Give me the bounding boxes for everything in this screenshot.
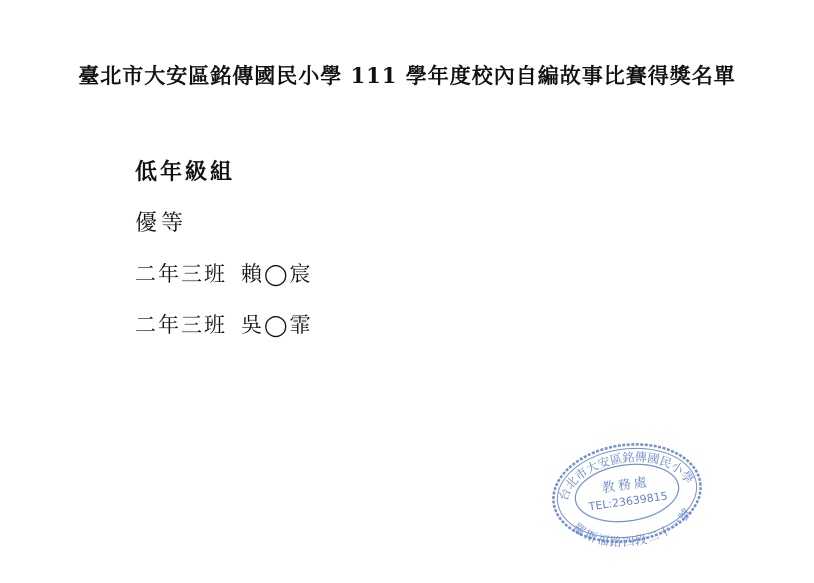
winner-row: 二年三班賴◯宸 (135, 258, 313, 291)
winner-name: 吳◯霏 (241, 309, 313, 342)
winner-class: 二年三班 (135, 258, 227, 291)
winner-row: 二年三班吳◯霏 (135, 309, 313, 342)
svg-text:羅斯福路四段二十一號: 羅斯福路四段二十一號 (569, 504, 698, 549)
document-title: 臺北市大安區銘傳國民小學 111 學年度校內自編故事比賽得獎名單 (0, 60, 814, 90)
seal-tel: TEL:23639815 (587, 489, 669, 513)
award-section: 低年級組 優等 二年三班賴◯宸 二年三班吳◯霏 (135, 156, 313, 360)
winner-class: 二年三班 (135, 309, 227, 342)
award-level: 優等 (135, 207, 313, 240)
group-heading: 低年級組 (135, 156, 313, 189)
office-seal-stamp: 台北市大安區銘傳國民小學 羅斯福路四段二十一號 教務處 TEL:23639815 (548, 437, 706, 549)
winner-name: 賴◯宸 (241, 258, 313, 291)
seal-icon: 台北市大安區銘傳國民小學 羅斯福路四段二十一號 教務處 TEL:23639815 (548, 437, 706, 549)
